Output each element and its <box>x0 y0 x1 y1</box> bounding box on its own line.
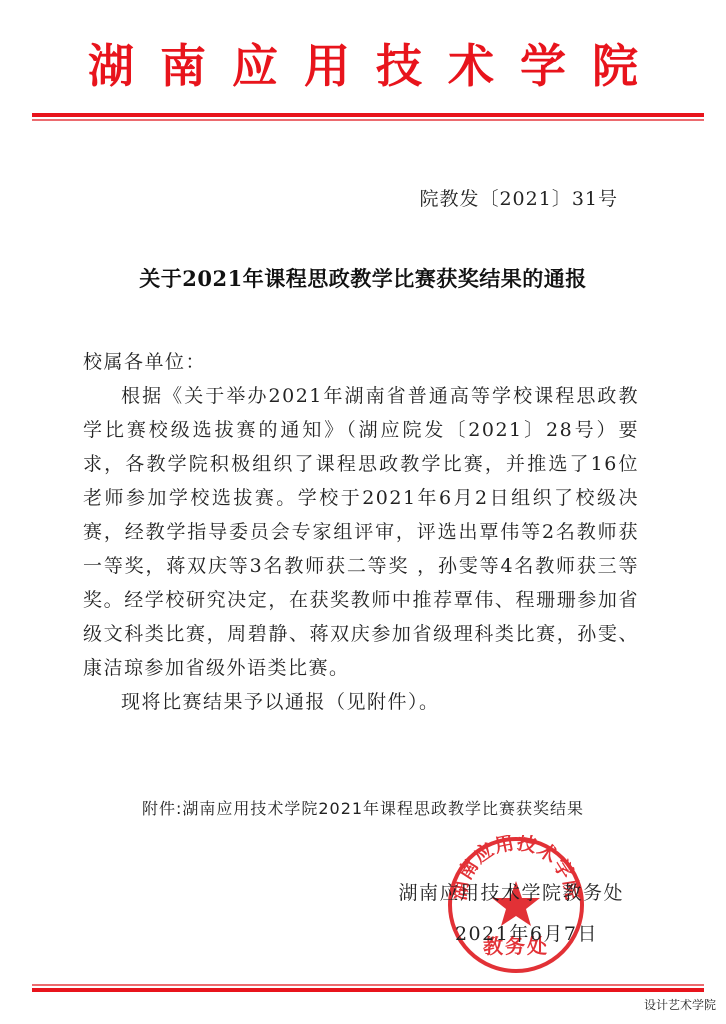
attachment-reference: 附件:湖南应用技术学院2021年课程思政教学比赛获奖结果 <box>0 796 726 819</box>
document-title: 关于2021年课程思政教学比赛获奖结果的通报 <box>0 263 726 293</box>
issuer-name: 湖南应用技术学院教务处 <box>398 878 624 905</box>
document-number: 院教发〔2021〕31号 <box>419 184 618 211</box>
source-label: 设计艺术学院 <box>644 996 716 1013</box>
institution-masthead: 湖南应用技术学院 <box>0 38 726 94</box>
footer-divider-thin <box>32 984 704 986</box>
header-divider-thin <box>32 119 704 121</box>
official-seal-icon: 湖南应用技术学院 教务处 <box>446 835 586 975</box>
body-paragraph: 根据《关于举办2021年湖南省普通高等学校课程思政教学比赛校级选拔赛的通知》（湖… <box>83 379 639 685</box>
header-divider-thick <box>32 113 704 117</box>
footer-divider-thick <box>32 988 704 992</box>
document-body: 校属各单位： 根据《关于举办2021年湖南省普通高等学校课程思政教学比赛校级选拔… <box>83 345 639 719</box>
issue-date: 2021年6月7日 <box>455 919 598 946</box>
body-paragraph: 现将比赛结果予以通报（见附件）。 <box>83 685 639 719</box>
salutation: 校属各单位： <box>83 345 639 379</box>
